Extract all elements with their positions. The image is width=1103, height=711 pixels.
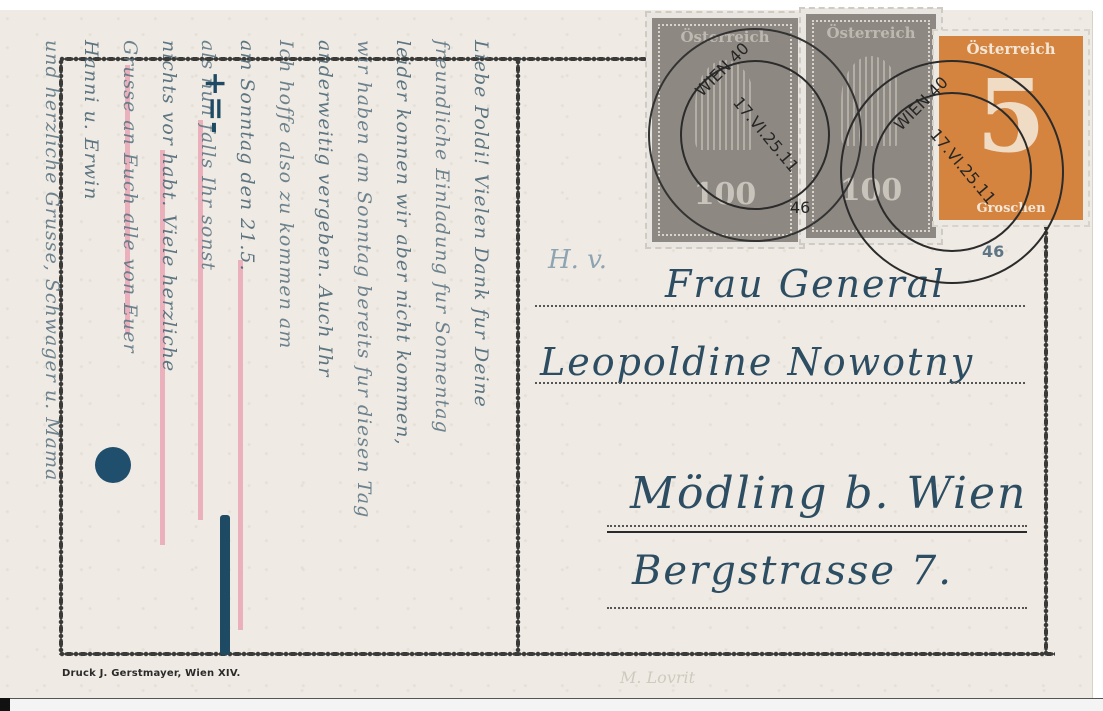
blue-ink-blot <box>95 447 131 483</box>
printer-imprint: Druck J. Gerstmayer, Wien XIV. <box>62 668 241 679</box>
message-line: freundliche Einladung fur Sonnentag <box>422 40 461 680</box>
handwritten-message: Liebe Poldi! Vielen Dank fur Deine freun… <box>20 40 500 680</box>
ornamental-border-divider <box>512 55 524 655</box>
address-rule <box>535 305 1025 307</box>
scan-edge <box>0 698 10 711</box>
blue-crayon-stroke <box>220 515 230 655</box>
address-line-2: Leopoldine Nowotny <box>540 340 974 384</box>
address-line-3: Mödling b. Wien <box>630 468 1027 519</box>
pencil-note: M. Lovrit <box>620 668 695 687</box>
postmark-wien-40: WIEN 40 17.VI.25.11 46 <box>648 28 862 242</box>
address-rule <box>535 382 1025 384</box>
address-initials: H. v. <box>548 245 607 275</box>
ornamental-border-right <box>1040 170 1052 655</box>
message-line: wir haben am Sonntag bereits fur diesen … <box>344 40 383 680</box>
message-line: Hanni u. Erwin <box>71 40 110 680</box>
message-line: Liebe Poldi! Vielen Dank fur Deine <box>461 40 500 680</box>
address-rule <box>607 525 1027 527</box>
address-line-4: Bergstrasse 7. <box>632 548 953 594</box>
message-line: nichts vor habt. Viele herzliche <box>149 40 188 680</box>
message-line: anderweitig vergeben. Auch Ihr <box>305 40 344 680</box>
message-line: Grusse an Euch alle von Euer <box>110 40 149 680</box>
address-rule <box>607 607 1027 609</box>
address-underline <box>607 531 1027 533</box>
message-line: am Sonntag den 21.5. <box>227 40 266 680</box>
scan-background <box>0 698 1103 711</box>
blue-crayon-marks: +=- <box>129 71 229 99</box>
postmark-wien-40: WIEN 40 17.VI.25.11 46 <box>840 60 1064 284</box>
message-line: und herzliche Grusse, Schwager u. Mama <box>32 40 71 680</box>
message-line: Ich hoffe also zu kommen am <box>266 40 305 680</box>
message-line: leider konnen wir aber nicht kommen, <box>383 40 422 680</box>
